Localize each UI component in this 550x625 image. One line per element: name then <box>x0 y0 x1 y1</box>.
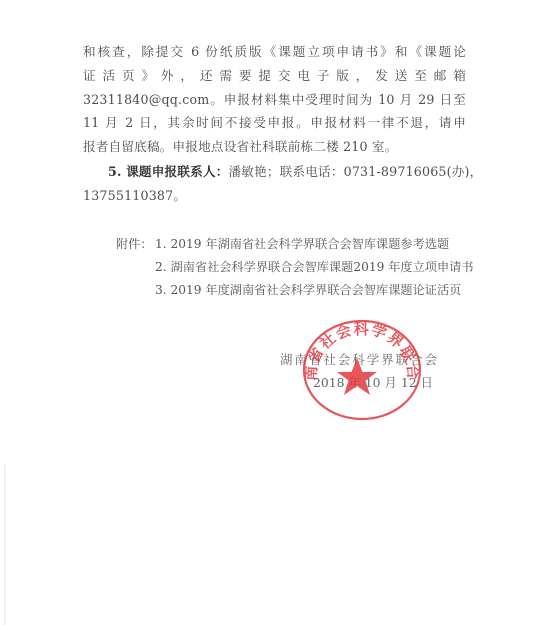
document-page: 和核查，除提交 6 份纸质版《课题立项申请书》和《课题论 证 活 页 》 外 ，… <box>0 0 550 625</box>
attachments-label: 附件： <box>116 236 153 252</box>
contact-mobile: 13755110387。 <box>83 188 466 204</box>
body-line-1: 和核查，除提交 6 份纸质版《课题立项申请书》和《课题论 <box>83 44 466 60</box>
official-seal: 湖南省社会科学界联合会 <box>300 318 424 422</box>
contact-text: 潘敏艳；联系电话：0731-89716065(办)， <box>228 164 482 179</box>
star-icon <box>337 358 377 395</box>
body-line-3: 32311840@qq.com。申报材料集中受理时间为 10 月 29 日至 <box>83 92 466 108</box>
attachment-item-3: 3. 2019 年度湖南省社会科学界联合会智库课题论证活页 <box>155 282 461 298</box>
body-line-2: 证 活 页 》 外 ， 还 需 要 提 交 电 子 版 ， 发 送 至 邮 箱 <box>83 68 466 84</box>
contact-line: 5. 课题申报联系人：潘敏艳；联系电话：0731-89716065(办)， <box>108 164 466 180</box>
body-line-4: 11 月 2 日，其余时间不接受申报。申报材料一律不退，请申 <box>83 115 466 131</box>
scan-edge-line <box>4 465 6 625</box>
attachment-item-2: 2. 湖南省社会科学界联合会智库课题2019 年度立项申请书 <box>155 259 474 275</box>
attachment-item-1: 1. 2019 年湖南省社会科学界联合会智库课题参考选题 <box>155 236 449 252</box>
body-line-5: 报者自留底稿。申报地点设省社科联前栋二楼 210 室。 <box>83 139 466 155</box>
contact-heading: 5. 课题申报联系人： <box>108 164 228 179</box>
